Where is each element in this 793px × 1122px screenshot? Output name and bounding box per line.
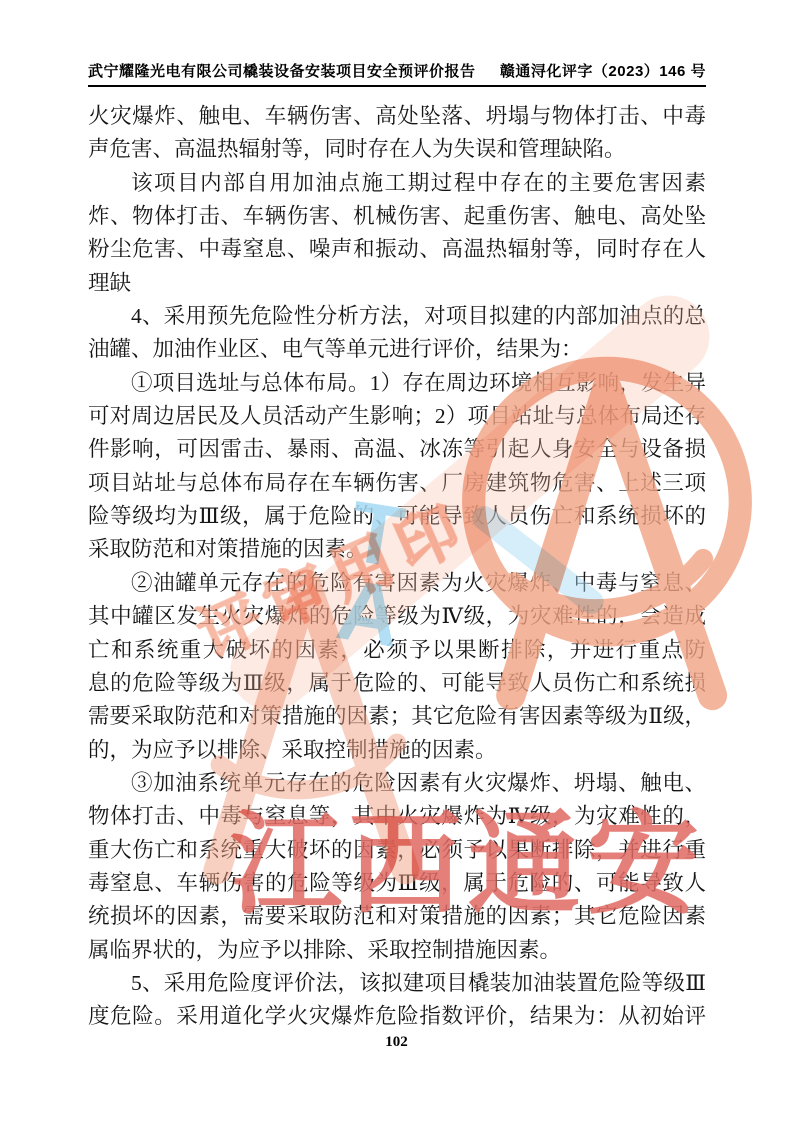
text-line: 采取防范和对策措施的因素。	[88, 533, 706, 566]
text-line: 其中罐区发生火灾爆炸的危险等级为Ⅳ级，为灾难性的，会造成人员重大伤	[88, 600, 706, 633]
text-line: 理缺	[88, 267, 706, 300]
text-line: 需要采取防范和对策措施的因素；其它危险有害因素等级为Ⅱ级，属临界状	[88, 700, 706, 733]
text-line: 险等级均为Ⅲ级，属于危险的、可能导致人员伤亡和系统损坏的因素，需要	[88, 500, 706, 533]
text-line: ①项目选址与总体布局。1）存在周边环境相互影响，发生异常情况，	[88, 367, 706, 400]
text-line: 炸、物体打击、车辆伤害、机械伤害、起重伤害、触电、高处坠落、坍塌、	[88, 200, 706, 233]
header-divider	[88, 85, 706, 87]
header-report-title: 武宁耀隆光电有限公司橇装设备安装项目安全预评价报告	[88, 60, 476, 81]
document-body: 火灾爆炸、触电、车辆伤害、高处坠落、坍塌与物体打击、中毒和窒息、噪声危害、高温热…	[88, 100, 706, 1034]
text-line: 属临界状的，为应予以排除、采取控制措施因素。	[88, 934, 706, 967]
text-line: 油罐、加油作业区、电气等单元进行评价，结果为：	[88, 333, 706, 366]
text-line: 息的危险等级为Ⅲ级，属于危险的、可能导致人员伤亡和系统损坏的因素，	[88, 667, 706, 700]
text-line: 4、采用预先危险性分析方法，对项目拟建的内部加油点的总体布局、	[88, 300, 706, 333]
text-line: 可对周边居民及人员活动产生影响；2）项目站址与总体布局还存在自然条	[88, 400, 706, 433]
header-document-ref: 赣通浔化评字（2023）146 号	[500, 60, 706, 81]
text-line: ②油罐单元存在的危险有害因素为火灾爆炸、中毒与窒息、车辆伤害等，	[88, 567, 706, 600]
text-line: 火灾爆炸、触电、车辆伤害、高处坠落、坍塌与物体打击、中毒和窒息、噪	[88, 100, 706, 133]
text-line: 物体打击、中毒与窒息等，其中火灾爆炸为Ⅳ级，为灾难性的，会造成人员	[88, 800, 706, 833]
text-line: 亡和系统重大破坏的因素，必须予以果断排除，并进行重点防范；中毒与窒	[88, 634, 706, 667]
text-line: 项目站址与总体布局存在车辆伤害、厂房建筑物危害、上述三项其固有的危	[88, 467, 706, 500]
text-line: 的，为应予以排除、采取控制措施的因素。	[88, 734, 706, 767]
document-page: 武宁耀隆光电有限公司橇装设备安装项目安全预评价报告 赣通浔化评字（2023）14…	[0, 0, 793, 1122]
text-line: 度危险。采用道化学火灾爆炸危险指数评价，结果为：从初始评价火灾爆炸	[88, 1000, 706, 1033]
text-line: 粉尘危害、中毒窒息、噪声和振动、高温热辐射等，同时存在人为失误和管	[88, 233, 706, 266]
text-line: 统损坏的因素，需要采取防范和对策措施的因素；其它危险因素等级为Ⅱ级，	[88, 900, 706, 933]
text-line: 声危害、高温热辐射等，同时存在人为失误和管理缺陷。	[88, 133, 706, 166]
text-line: 毒窒息、车辆伤害的危险等级为Ⅲ级，属于危险的、可能导致人员伤亡和系	[88, 867, 706, 900]
text-line: 重大伤亡和系统重大破坏的因素，必须予以果断排除，并进行重点防范；中	[88, 834, 706, 867]
text-line: 件影响，可因雷击、暴雨、高温、冰冻等引起人身安全与设备损坏事故；3）	[88, 433, 706, 466]
text-line: 该项目内部自用加油点施工期过程中存在的主要危害因素有：火灾爆	[88, 167, 706, 200]
text-line: ③加油系统单元存在的危险因素有火灾爆炸、坍塌、触电、高处坠落、	[88, 767, 706, 800]
text-line: 5、采用危险度评价法，该拟建项目橇装加油装置危险等级Ⅲ级，属低	[88, 967, 706, 1000]
page-number: 102	[0, 1034, 793, 1051]
